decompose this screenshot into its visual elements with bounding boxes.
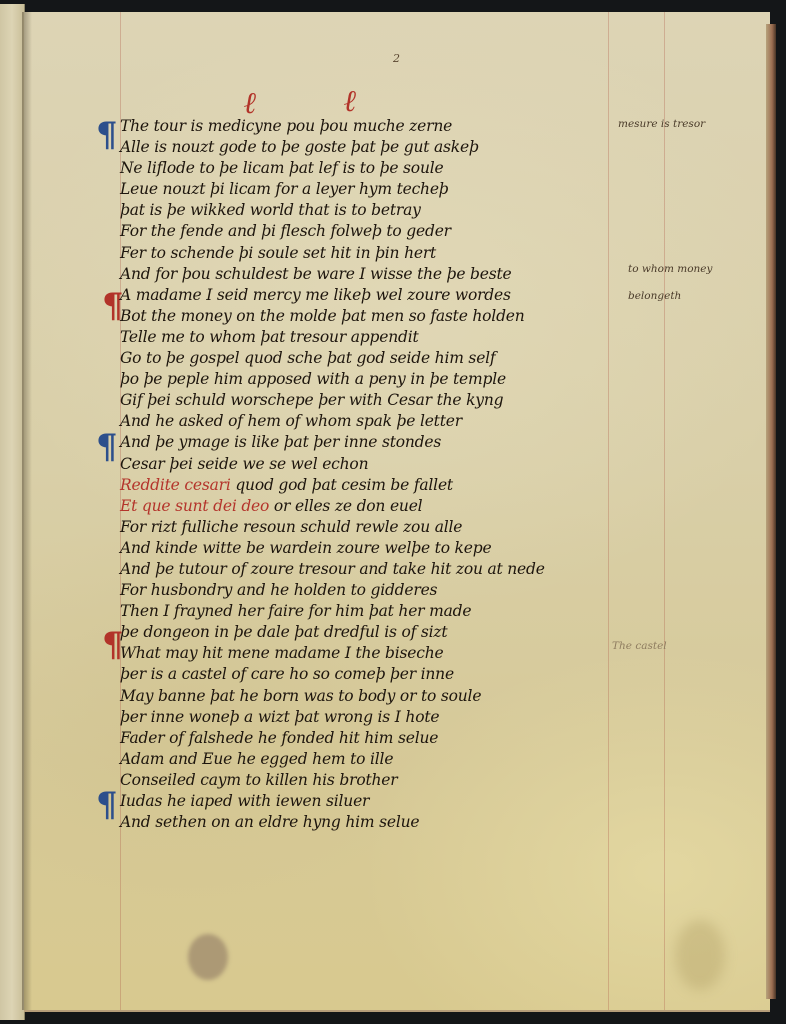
rubric-latin: Et que sunt dei deo [120, 497, 269, 515]
text-line: And þe tutour of zoure tresour and take … [120, 559, 660, 580]
text-line: Fader of falshede he fonded hit him selu… [120, 728, 660, 749]
text-line: Gif þei schuld worschepe þer with Cesar … [120, 390, 660, 411]
text-line: Then I frayned her faire for him þat her… [120, 601, 660, 622]
text-line: And for þou schuldest be ware I wisse th… [120, 264, 660, 285]
ruling-line-margin [664, 12, 665, 1010]
stain-mark [188, 934, 228, 980]
blue-paraph-initial: ¶ [96, 118, 118, 152]
rubric-latin: Reddite cesari [120, 476, 231, 494]
text-line: þe dongeon in þe dale þat dredful is of … [120, 622, 660, 643]
text-line: Alle is nouzt gode to þe goste þat þe gu… [120, 137, 660, 158]
text-line: And kinde witte be wardein zoure welþe t… [120, 538, 660, 559]
text-line: Telle me to whom þat tresour appendit [120, 327, 660, 348]
text-line: For husbondry and he holden to gidderes [120, 580, 660, 601]
text-line: Cesar þei seide we se wel echon [120, 454, 660, 475]
text-line: And þe ymage is like þat þer inne stonde… [120, 432, 660, 453]
text-line: What may hit mene madame I the biseche [120, 643, 660, 664]
text-line: Bot the money on the molde þat men so fa… [120, 306, 660, 327]
text-line: Fer to schende þi soule set hit in þin h… [120, 243, 660, 264]
text-line: For rizt fulliche resoun schuld rewle zo… [120, 517, 660, 538]
text-line: þo þe peple him apposed with a peny in þ… [120, 369, 660, 390]
text-line-with-rubric: Reddite cesari quod god þat cesim be fal… [120, 475, 660, 496]
marginal-note: mesure is tresor [618, 118, 705, 130]
text-line: A madame I seid mercy me likeþ wel zoure… [120, 285, 660, 306]
text-line: þer is a castel of care ho so comeþ þer … [120, 664, 660, 685]
blue-paraph-initial: ¶ [96, 430, 118, 464]
stain-mark-faint [675, 920, 725, 990]
text-line: Conseiled caym to killen his brother [120, 770, 660, 791]
text-line: For the fende and þi flesch folweþ to ge… [120, 221, 660, 242]
blue-paraph-initial: ¶ [96, 788, 118, 822]
text-line: Go to þe gospel quod sche þat god seide … [120, 348, 660, 369]
text-line-with-rubric: Et que sunt dei deo or elles ze don euel [120, 496, 660, 517]
text-line-tail: or elles ze don euel [274, 497, 423, 515]
text-line: Ne liflode to þe licam þat lef is to þe … [120, 158, 660, 179]
gutter-shadow [22, 12, 32, 1010]
marginal-note: to whom money [628, 263, 712, 275]
text-line: May banne þat he born was to body or to … [120, 686, 660, 707]
text-line: The tour is medicyne pou þou muche zerne [120, 116, 660, 137]
text-line: Iudas he iaped with iewen siluer [120, 791, 660, 812]
text-line: And he asked of hem of whom spak þe lett… [120, 411, 660, 432]
text-line: þer inne woneþ a wizt þat wrong is I hot… [120, 707, 660, 728]
marginal-note: belongeth [628, 290, 681, 302]
text-line: Leue nouzt þi licam for a leyer hym tech… [120, 179, 660, 200]
main-text-column: The tour is medicyne pou þou muche zerne… [120, 116, 660, 833]
text-line: And sethen on an eldre hyng him selue [120, 812, 660, 833]
text-line-tail: quod god þat cesim be fallet [235, 476, 453, 494]
text-line: þat is þe wikked world that is to betray [120, 200, 660, 221]
folio-number: 2 [393, 52, 400, 65]
text-line: Adam and Eue he egged hem to ille [120, 749, 660, 770]
leaf-fore-edge [766, 24, 776, 999]
red-flourish-ascender: ℓ [344, 84, 357, 119]
marginal-note-faint: The castel [612, 640, 667, 652]
